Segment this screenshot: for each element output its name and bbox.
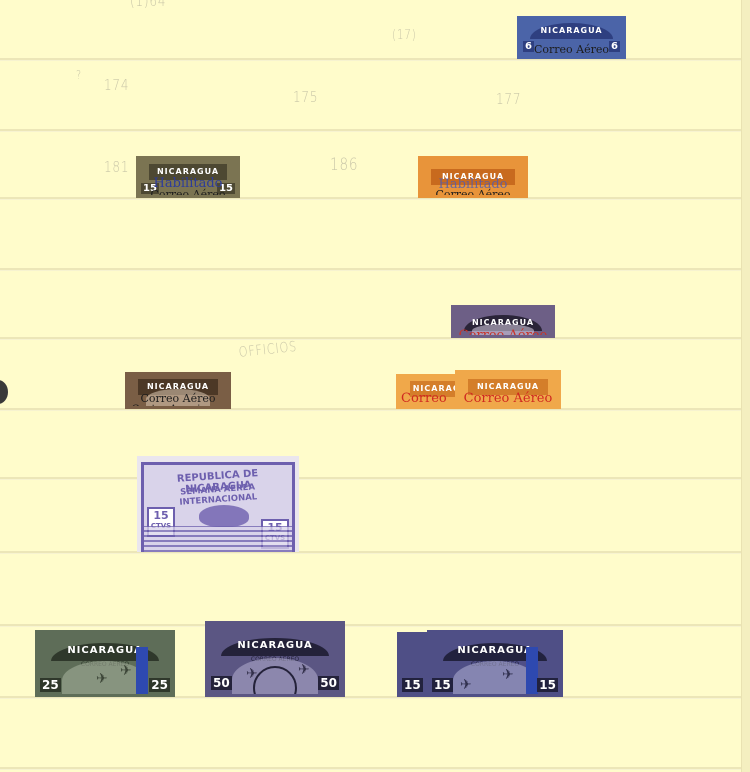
stamp-overprint: Correo Aéreo	[458, 391, 558, 406]
stamp[interactable]: NICARAGUA CORREO AEREO ✈ ✈ 50 50	[205, 621, 345, 697]
stamp[interactable]: NICARAGUA Correo Aéreo	[455, 370, 561, 409]
page-edge	[741, 0, 750, 772]
strip-divider	[0, 129, 742, 132]
strip-divider	[0, 624, 742, 627]
stamp-value: 15	[432, 678, 453, 692]
pencil-note: 175	[293, 88, 318, 106]
stamp-overprint: Correo Aéreo	[421, 188, 525, 198]
stamp-country: NICARAGUA	[530, 23, 612, 39]
stamp-overprint: Correo Aéreo	[454, 328, 552, 338]
pencil-note: ?	[76, 68, 82, 82]
overprint-bar	[136, 647, 148, 697]
strip-divider	[0, 551, 742, 554]
stamp-value: 25	[149, 678, 170, 692]
stamp-overprint: Centro-Americano	[128, 404, 228, 409]
stamp-value: 50	[318, 676, 339, 690]
binder-hole	[0, 380, 8, 404]
pencil-note: 186	[330, 155, 358, 175]
biplane-icon: ✈	[502, 667, 514, 683]
stamp-overprint: Correo Aéreo	[520, 43, 623, 56]
biplane-icon: ✈	[120, 663, 132, 679]
stamp[interactable]: NICARAGUA 6 6 Correo Aéreo	[517, 16, 626, 59]
stamp-value: 25	[40, 678, 61, 692]
strip-divider	[0, 477, 742, 480]
biplane-icon: ✈	[246, 666, 258, 682]
biplane-icon: ✈	[96, 671, 108, 687]
pencil-note: 177	[496, 90, 521, 108]
strip-divider	[0, 197, 742, 200]
strip-divider	[0, 408, 742, 411]
stamp[interactable]: NICARAGUA CORREO AEREO ✈ ✈ 15 15	[427, 630, 563, 697]
strip-divider	[0, 58, 742, 61]
value-number: 15	[153, 509, 168, 522]
strip-divider	[0, 767, 742, 770]
stamp[interactable]: NICARAGUA Correo Aéreo Centro-Americano	[125, 372, 231, 409]
stamp-value: 15	[537, 678, 558, 692]
stamp-overprint: Correo Aéreo	[139, 188, 237, 198]
stamp-value: 15	[402, 678, 423, 692]
pencil-note: (1)64	[130, 0, 166, 10]
stamp[interactable]: REPUBLICA DE NICARAGUA SEMANA AEREA INTE…	[137, 456, 299, 552]
eagle-icon	[199, 505, 249, 527]
strip-divider	[0, 337, 742, 340]
stamp-value: 50	[211, 676, 232, 690]
sea-pattern	[144, 526, 292, 552]
stamp[interactable]: NICARAGUA Correo	[396, 374, 458, 409]
pencil-note: OFFICIOS	[238, 339, 298, 361]
stamp-country: NICARAGUA	[221, 638, 328, 656]
stamp[interactable]: NICARAGUA 15 15 Habilitado Correo Aéreo	[136, 156, 240, 198]
stamp[interactable]: NICARAGUA Correo Aéreo	[451, 305, 555, 338]
strip-divider	[0, 268, 742, 271]
stamp[interactable]: NICARAGUA CORREO AEREO ✈ ✈ 25 25	[35, 630, 175, 697]
biplane-icon: ✈	[460, 677, 472, 693]
stamp[interactable]: NICARAGUA Habilitado Correo Aéreo	[418, 156, 528, 198]
biplane-icon: ✈	[298, 662, 310, 678]
pencil-note: 181	[104, 158, 129, 176]
pencil-note: 174	[104, 76, 129, 94]
pencil-note: (17)	[392, 28, 417, 43]
stamp-overprint: Correo	[401, 391, 455, 406]
overprint-bar	[526, 647, 538, 697]
album-page: (1)64 (17) ? 174 175 177 181 186 OFFICIO…	[0, 0, 742, 772]
